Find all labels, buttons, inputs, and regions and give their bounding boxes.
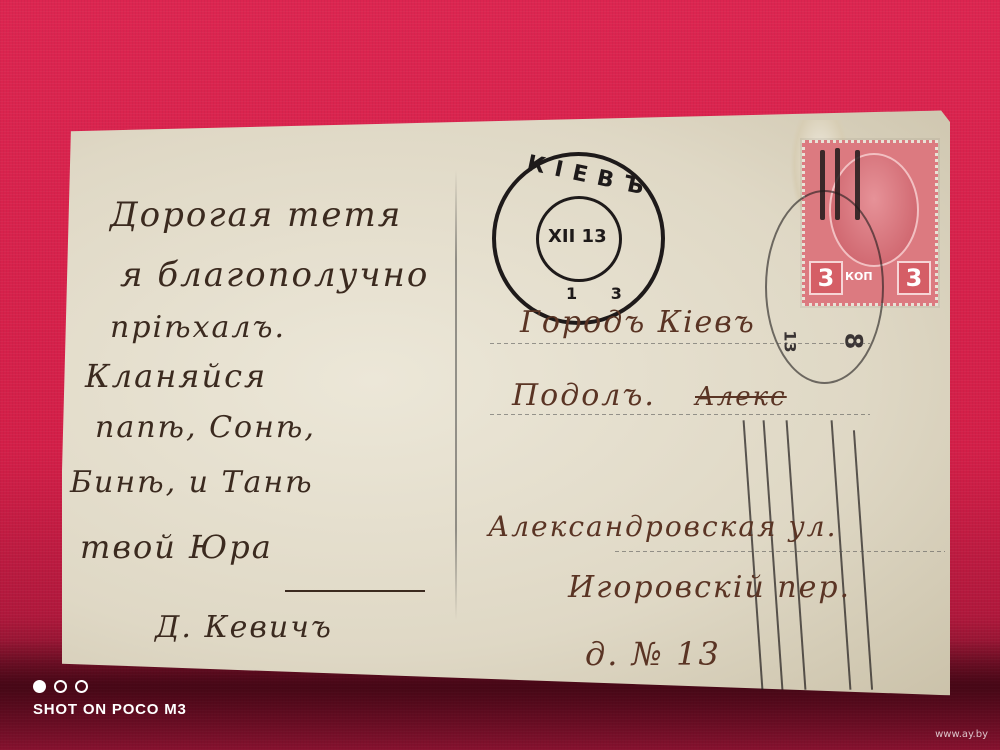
message-line-7: твой Юра [80,528,273,566]
dot-empty-icon [75,680,88,693]
address-street: Александровская ул. [488,510,837,543]
dot-empty-icon [54,680,67,693]
signature-underline [285,590,425,592]
camera-label: SHOT ON POCO M3 [33,701,187,718]
stamp-value-right: 3 [897,261,931,295]
kiev-postmark: КІЕВЪ XII 13 1 3 [492,152,665,325]
address-crossed-out: Алекс [695,382,787,412]
postmark-number: 1 3 [566,284,636,303]
message-line-5: папѣ, Сонѣ, [95,410,316,445]
message-line-2: я благополучно [120,255,429,295]
site-watermark: www.ay.by [935,729,988,740]
receiving-postmark: 13 8 [765,190,884,384]
message-line-8: Д. Кевичъ [155,610,333,645]
camera-dots [33,680,187,693]
postcard: Дорогая тетя я благополучно пріѣхалъ. Кл… [0,0,1000,750]
message-line-1: Дорогая тетя [110,195,402,235]
postcard-divider-line [455,170,457,620]
address-rule [615,551,945,552]
message-line-3: пріѣхалъ. [110,310,286,345]
dot-filled-icon [33,680,46,693]
address-rule [490,343,870,344]
postmark-day: 13 [781,330,800,352]
message-line-4: Кланяйся [85,357,267,395]
address-city: Городъ Кіевъ [520,305,756,340]
address-lane: Игоровскій пер. [568,570,851,605]
address-rule [490,414,870,415]
postmark-number: 8 [839,333,867,350]
address-district: Подолъ. [512,378,656,413]
message-line-6: Бинѣ, и Танѣ [70,465,314,500]
camera-watermark: SHOT ON POCO M3 [33,680,187,718]
address-house: д. № 13 [585,635,721,673]
postmark-date: XII 13 [548,226,607,247]
